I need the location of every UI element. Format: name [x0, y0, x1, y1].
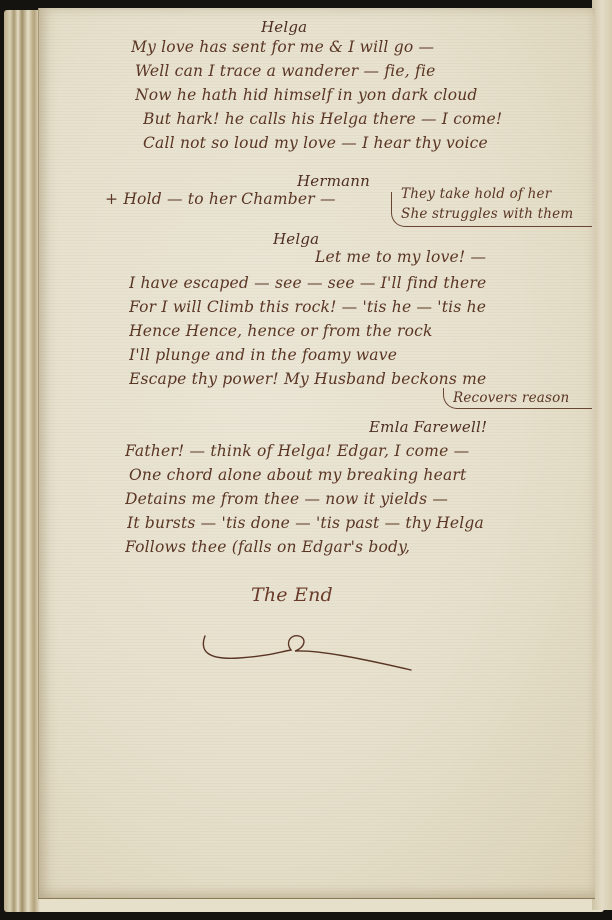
verse-line: Well can I trace a wanderer — fie, fie [135, 62, 436, 80]
verse-line: Escape thy power! My Husband beckons me [129, 370, 593, 388]
verse-line: For I will Climb this rock! — 'tis he — … [129, 298, 593, 316]
verse-line: Let me to my love! — [315, 248, 486, 266]
verse-line: I have escaped — see — see — I'll find t… [129, 274, 593, 292]
verse-line: It bursts — 'tis done — 'tis past — thy … [127, 514, 593, 532]
closing-text: The End [251, 584, 333, 606]
verse-line: + Hold — to her Chamber — [105, 190, 336, 208]
verse-line: But hark! he calls his Helga there — I c… [143, 110, 593, 128]
verse-line: One chord alone about my breaking heart [129, 466, 593, 484]
verse-line: Call not so loud my love — I hear thy vo… [143, 134, 488, 152]
speaker-name: Emla Farewell! [369, 418, 487, 436]
stage-direction: She struggles with them [401, 206, 593, 222]
verse-line: Hence Hence, hence or from the rock [129, 322, 593, 340]
verse-line: Detains me from thee — now it yields — [125, 490, 593, 508]
verse-line: Now he hath hid himself in yon dark clou… [135, 86, 478, 104]
flourish-ornament [199, 630, 419, 680]
manuscript-page: Helga My love has sent for me & I will g… [38, 8, 595, 899]
verse-line: I'll plunge and in the foamy wave [129, 346, 593, 364]
verse-line: Follows thee (falls on Edgar's body, [125, 538, 593, 556]
speaker-name: Helga [261, 18, 307, 36]
stage-direction: They take hold of her [401, 186, 593, 202]
speaker-name: Helga [273, 230, 319, 248]
speaker-name: Hermann [297, 172, 370, 190]
verse-line: Father! — think of Helga! Edgar, I come … [125, 442, 593, 460]
stage-direction: Recovers reason [453, 390, 593, 406]
verse-line: My love has sent for me & I will go — [131, 38, 434, 56]
facing-page-edge [592, 0, 612, 910]
